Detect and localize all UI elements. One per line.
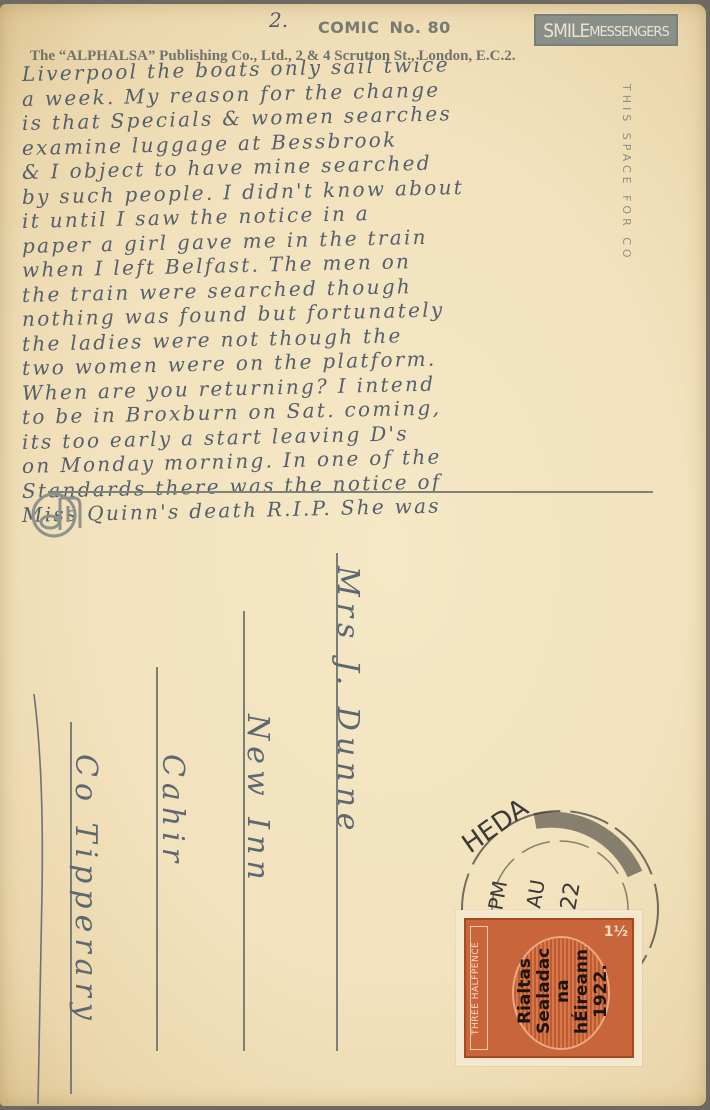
overprint-line: hÉireann bbox=[573, 926, 592, 1056]
address-line-city: Cahir bbox=[155, 754, 190, 868]
series-number: No. 80 bbox=[389, 18, 450, 37]
overprint-line: Rialtas bbox=[516, 926, 535, 1056]
stamp-denomination-text: THREE HALFPENCE bbox=[470, 926, 488, 1050]
stamp-overprint: Rialtas Sealadac na hÉireann 1922. bbox=[516, 926, 611, 1056]
address-line-town: New Inn bbox=[240, 714, 275, 886]
postmark-month: AU bbox=[521, 878, 550, 910]
address-line-county: Co Tipperary bbox=[68, 754, 103, 1026]
overprint-line: na bbox=[554, 926, 573, 1056]
postage-stamp: THREE HALFPENCE 1½ Rialtas Sealadac na h… bbox=[456, 910, 642, 1066]
logo-word-messengers: MESSENGERS bbox=[589, 26, 668, 40]
logo-word-smile: SMILE bbox=[543, 20, 589, 42]
overprint-line: 1922. bbox=[592, 926, 611, 1056]
publisher-monogram-icon bbox=[30, 484, 92, 546]
handwritten-message: Liverpool the boats only sail twice a we… bbox=[22, 62, 692, 528]
postcard-back: 2. COMICNo. 80 The “ALPHALSA” Publishing… bbox=[0, 4, 706, 1106]
message-underline bbox=[48, 491, 653, 493]
smile-messengers-logo: SMILE MESSENGERS bbox=[534, 14, 678, 46]
stamp-design: THREE HALFPENCE 1½ Rialtas Sealadac na h… bbox=[464, 918, 634, 1058]
postmark-day: 22 bbox=[556, 880, 585, 912]
overprint-line: Sealadac bbox=[535, 926, 554, 1056]
series-label: COMICNo. 80 bbox=[318, 18, 451, 37]
postmark-town: HEDA bbox=[457, 799, 534, 860]
address-line-recipient: Mrs J. Dunne bbox=[330, 566, 365, 837]
hand-drawn-line bbox=[26, 692, 56, 1107]
page-number: 2. bbox=[269, 8, 288, 32]
postmark-time: PM bbox=[483, 879, 512, 912]
series-name: COMIC bbox=[318, 18, 379, 37]
